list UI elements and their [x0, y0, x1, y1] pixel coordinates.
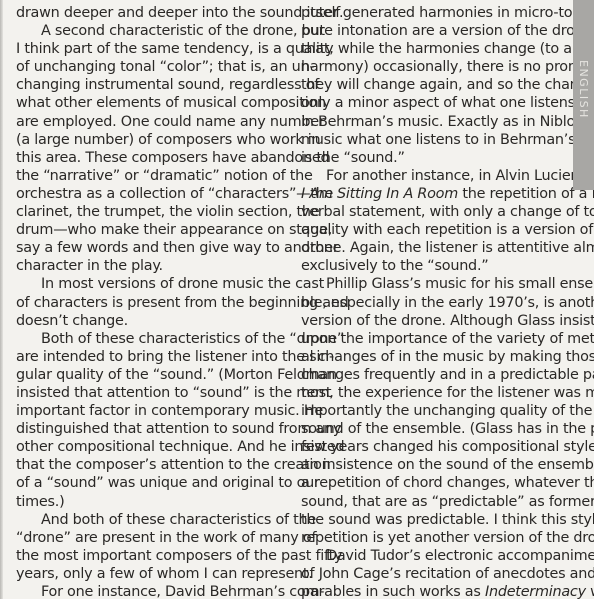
text-line: times.) — [16, 493, 292, 511]
text-line: are intended to bring the listener into … — [16, 348, 292, 366]
text-line: harmony) occasionally, there is no promi… — [301, 58, 569, 76]
text-line: important factor in contemporary music. … — [16, 402, 292, 420]
text-line: drawn deeper and deeper into the sound i… — [16, 4, 292, 22]
text-line: they will change again, and so the chang… — [301, 76, 569, 94]
text-line: parables in such works as Indeterminacy … — [301, 583, 569, 599]
text-line: the “narrative” or “dramatic” notion of … — [16, 167, 292, 185]
italic-title: Indeterminacy — [485, 584, 586, 599]
text-line: of characters is present from the beginn… — [16, 294, 292, 312]
text-line: orchestra as a collection of “characters… — [16, 185, 292, 203]
text-line: “drone” are present in the work of many … — [16, 529, 292, 547]
right-text-column: puter generated harmonies in micro-tonal… — [301, 4, 569, 599]
text-line: David Tudor’s electronic accompaniment — [301, 547, 569, 565]
text-line: few years changed his compositional styl… — [301, 438, 569, 456]
text-line: changing instrumental sound, regardless … — [16, 76, 292, 94]
language-side-tab: ENGLISH — [573, 0, 594, 190]
text-line: importantly the unchanging quality of th… — [301, 402, 569, 420]
text-line: distinguished that attention to sound fr… — [16, 420, 292, 438]
text-line: changes frequently and in a predictable … — [301, 366, 569, 384]
text-line: other compositional technique. And he in… — [16, 438, 292, 456]
text-line: pure intonation are a version of the dro… — [301, 22, 569, 40]
text-line: the sound was predictable. I think this … — [301, 511, 569, 529]
text-line: this area. These composers have abandone… — [16, 149, 292, 167]
text-line: verbal statement, with only a change of … — [301, 203, 569, 221]
text-line: sound of the ensemble. (Glass has in the… — [301, 420, 569, 438]
text-line: I Am Sitting In A Room the repetition of… — [301, 185, 569, 203]
text-line: repetition is yet another version of the… — [301, 529, 569, 547]
text-line: upon the importance of the variety of me… — [301, 330, 569, 348]
left-text-column: drawn deeper and deeper into the sound i… — [16, 4, 292, 599]
text-line: drum—who make their appearance on stage, — [16, 221, 292, 239]
text-line: of unchanging tonal “color”; that is, an… — [16, 58, 292, 76]
text-line: only a minor aspect of what one listens … — [301, 94, 569, 112]
text-line: ble, especially in the early 1970’s, is … — [301, 294, 569, 312]
text-line: version of the drone. Although Glass ins… — [301, 312, 569, 330]
page-edge-shadow — [0, 0, 3, 599]
text-line: are employed. One could name any number — [16, 113, 292, 131]
text-line: a repetition of chord changes, whatever … — [301, 474, 569, 492]
text-line: And both of these characteristics of the — [16, 511, 292, 529]
text-line: exclusively to the “sound.” — [301, 257, 569, 275]
text-line: of a “sound” was unique and original to … — [16, 474, 292, 492]
text-line: In most versions of drone music the cast — [16, 275, 292, 293]
text-line: sound, that are as “predictable” as form… — [301, 493, 569, 511]
text-line: that the composer’s attention to the cre… — [16, 456, 292, 474]
text-line: say a few words and then give way to ano… — [16, 239, 292, 257]
text-line: I think part of the same tendency, is a … — [16, 40, 292, 58]
text-line: A second characteristic of the drone, bu… — [16, 22, 292, 40]
text-line: in Behrman’s music. Exactly as in Nibloc… — [301, 113, 569, 131]
text-line: of John Cage’s recitation of anecdotes a… — [301, 565, 569, 583]
text-line: gular quality of the “sound.” (Morton Fe… — [16, 366, 292, 384]
text-line: what other elements of musical compositi… — [16, 94, 292, 112]
text-line: doesn’t change. — [16, 312, 292, 330]
italic-title: I Am Sitting In A Room — [301, 186, 458, 202]
text-line: Both of these characteristics of the “dr… — [16, 330, 292, 348]
text-line: that, while the harmonies change (to a d… — [301, 40, 569, 58]
text-line: For another instance, in Alvin Lucier’s — [301, 167, 569, 185]
text-line: For one instance, David Behrman’s com- — [16, 583, 292, 599]
text-line: puter generated harmonies in micro-tonal… — [301, 4, 569, 22]
text-line: character in the play. — [16, 257, 292, 275]
text-line: years, only a few of whom I can represen… — [16, 565, 292, 583]
text-line: is the “sound.” — [301, 149, 569, 167]
text-line: quality with each repetition is a versio… — [301, 221, 569, 239]
text-line: an insistence on the sound of the ensemb… — [301, 456, 569, 474]
text-line: (a large number) of composers who work i… — [16, 131, 292, 149]
text-line: tern, the experience for the listener wa… — [301, 384, 569, 402]
side-tab-label: ENGLISH — [573, 60, 594, 250]
text-line: al changes of in the music by making tho… — [301, 348, 569, 366]
text-line: insisted that attention to “sound” is th… — [16, 384, 292, 402]
text-line: music what one listens to in Behrman’s m… — [301, 131, 569, 149]
text-line: drone. Again, the listener is attentitiv… — [301, 239, 569, 257]
text-line: the most important composers of the past… — [16, 547, 292, 565]
text-line: Phillip Glass’s music for his small ense… — [301, 275, 569, 293]
text-line: clarinet, the trumpet, the violin sectio… — [16, 203, 292, 221]
